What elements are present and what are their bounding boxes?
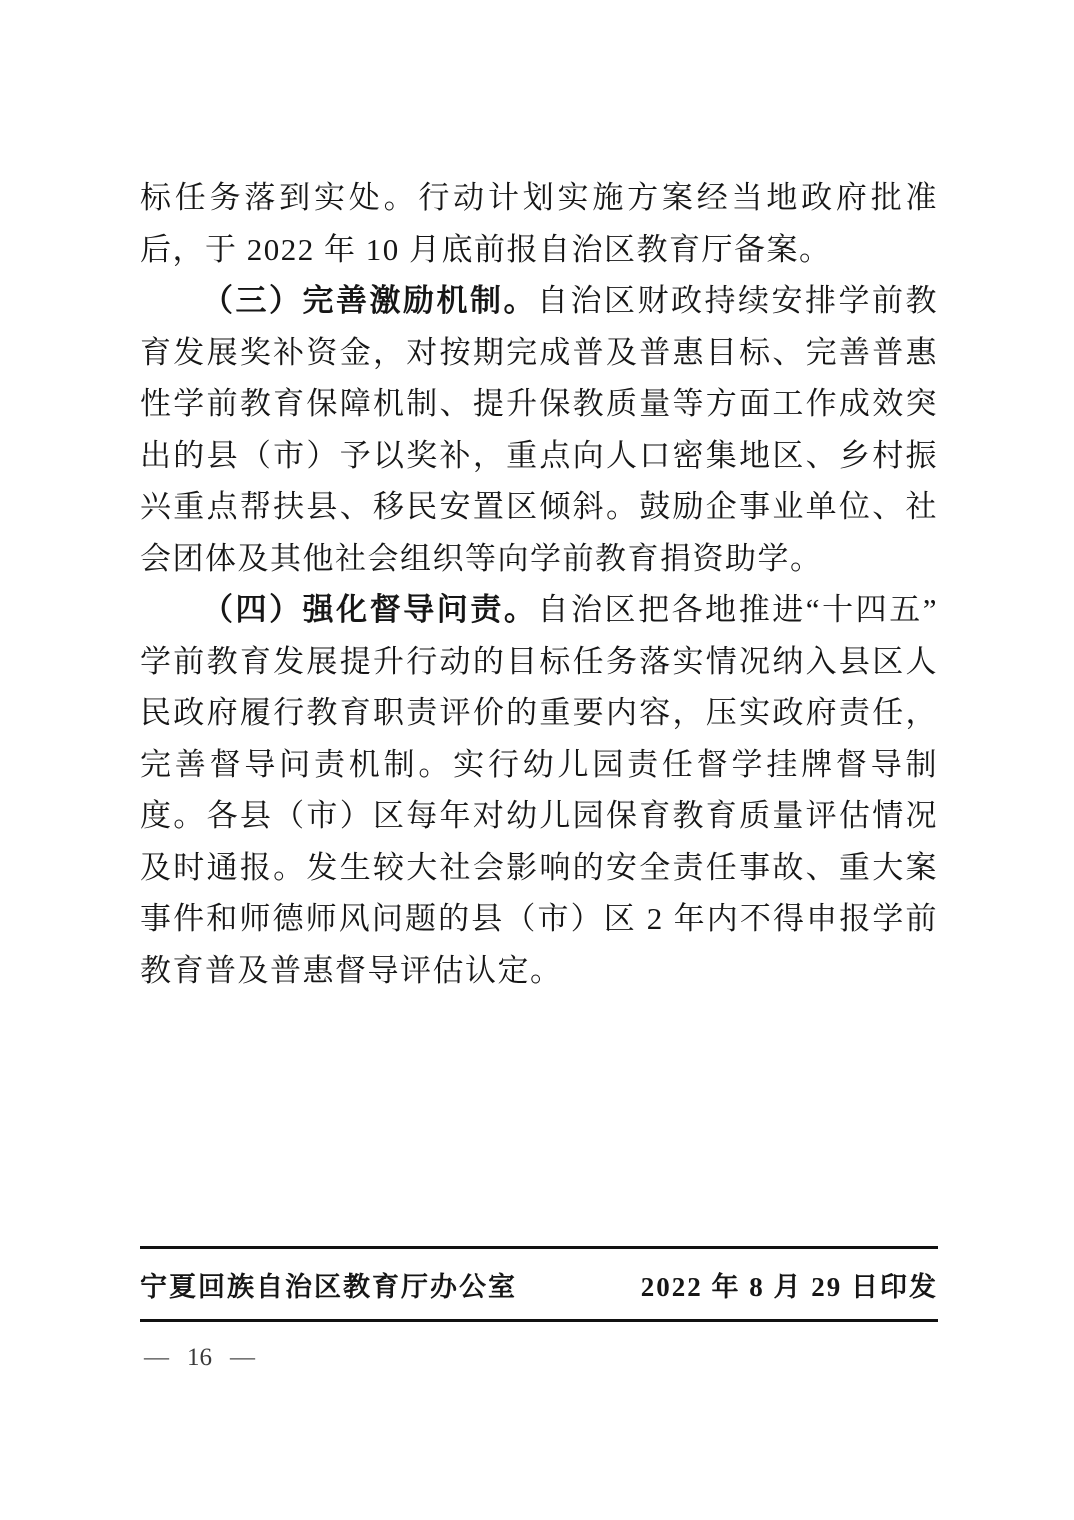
page-number: — 16 —: [144, 1344, 255, 1372]
page-number-value: 16: [187, 1344, 212, 1372]
footer-row: 宁夏回族自治区教育厅办公室 2022 年 8 月 29 日印发: [140, 1249, 938, 1319]
footer-print-date: 2022 年 8 月 29 日印发: [641, 1265, 938, 1304]
page-number-right-dash: —: [230, 1344, 255, 1372]
document-body: 标任务落到实处。行动计划实施方案经当地政府批准后，于 2022 年 10 月底前…: [140, 172, 938, 996]
paragraph-lead: （四）强化督导问责。: [202, 592, 537, 627]
footer-issuer: 宁夏回族自治区教育厅办公室: [140, 1265, 517, 1304]
paragraph: （四）强化督导问责。自治区把各地推进“十四五”学前教育发展提升行动的目标任务落实…: [140, 584, 938, 996]
footer-bottom-rule: [140, 1319, 938, 1322]
paragraph: 标任务落到实处。行动计划实施方案经当地政府批准后，于 2022 年 10 月底前…: [140, 172, 938, 275]
page-number-left-dash: —: [144, 1344, 169, 1372]
document-footer: 宁夏回族自治区教育厅办公室 2022 年 8 月 29 日印发: [140, 1246, 938, 1322]
paragraph: （三）完善激励机制。自治区财政持续安排学前教育发展奖补资金，对按期完成普及普惠目…: [140, 275, 938, 584]
paragraph-lead: （三）完善激励机制。: [202, 283, 537, 318]
document-page: 标任务落到实处。行动计划实施方案经当地政府批准后，于 2022 年 10 月底前…: [0, 0, 1074, 1520]
